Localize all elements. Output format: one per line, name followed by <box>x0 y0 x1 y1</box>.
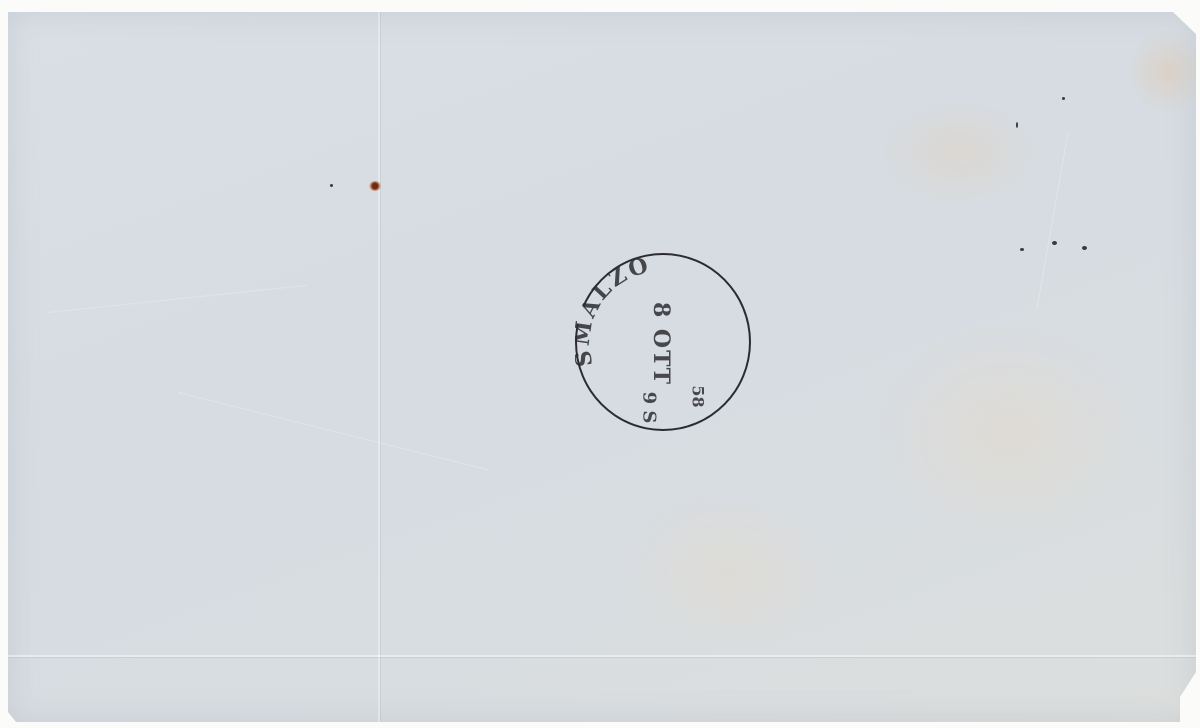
paper-crease <box>178 392 489 470</box>
rust-stain <box>369 181 381 191</box>
postmark-year: 58 <box>689 385 708 407</box>
ink-speck <box>1016 122 1018 128</box>
postmark: SMALZO 8 OTT 58 9 S <box>575 253 751 431</box>
horizontal-fold <box>8 655 1196 657</box>
ink-speck <box>330 184 333 187</box>
postmark-date: 8 OTT <box>648 302 674 386</box>
postmark-town-text: SMALZO <box>575 253 654 369</box>
vertical-fold <box>378 12 380 722</box>
paper-crease <box>48 285 307 313</box>
ink-speck <box>1082 246 1087 250</box>
postmark-hour: 9 S <box>638 392 659 424</box>
ink-speck <box>1052 241 1057 245</box>
paper-crease <box>1036 132 1068 309</box>
ink-speck <box>1020 248 1024 251</box>
svg-text:SMALZO: SMALZO <box>575 253 654 369</box>
postmark-day: 8 <box>648 302 674 319</box>
ink-speck <box>1062 97 1065 100</box>
postmark-month: OTT <box>648 329 674 386</box>
